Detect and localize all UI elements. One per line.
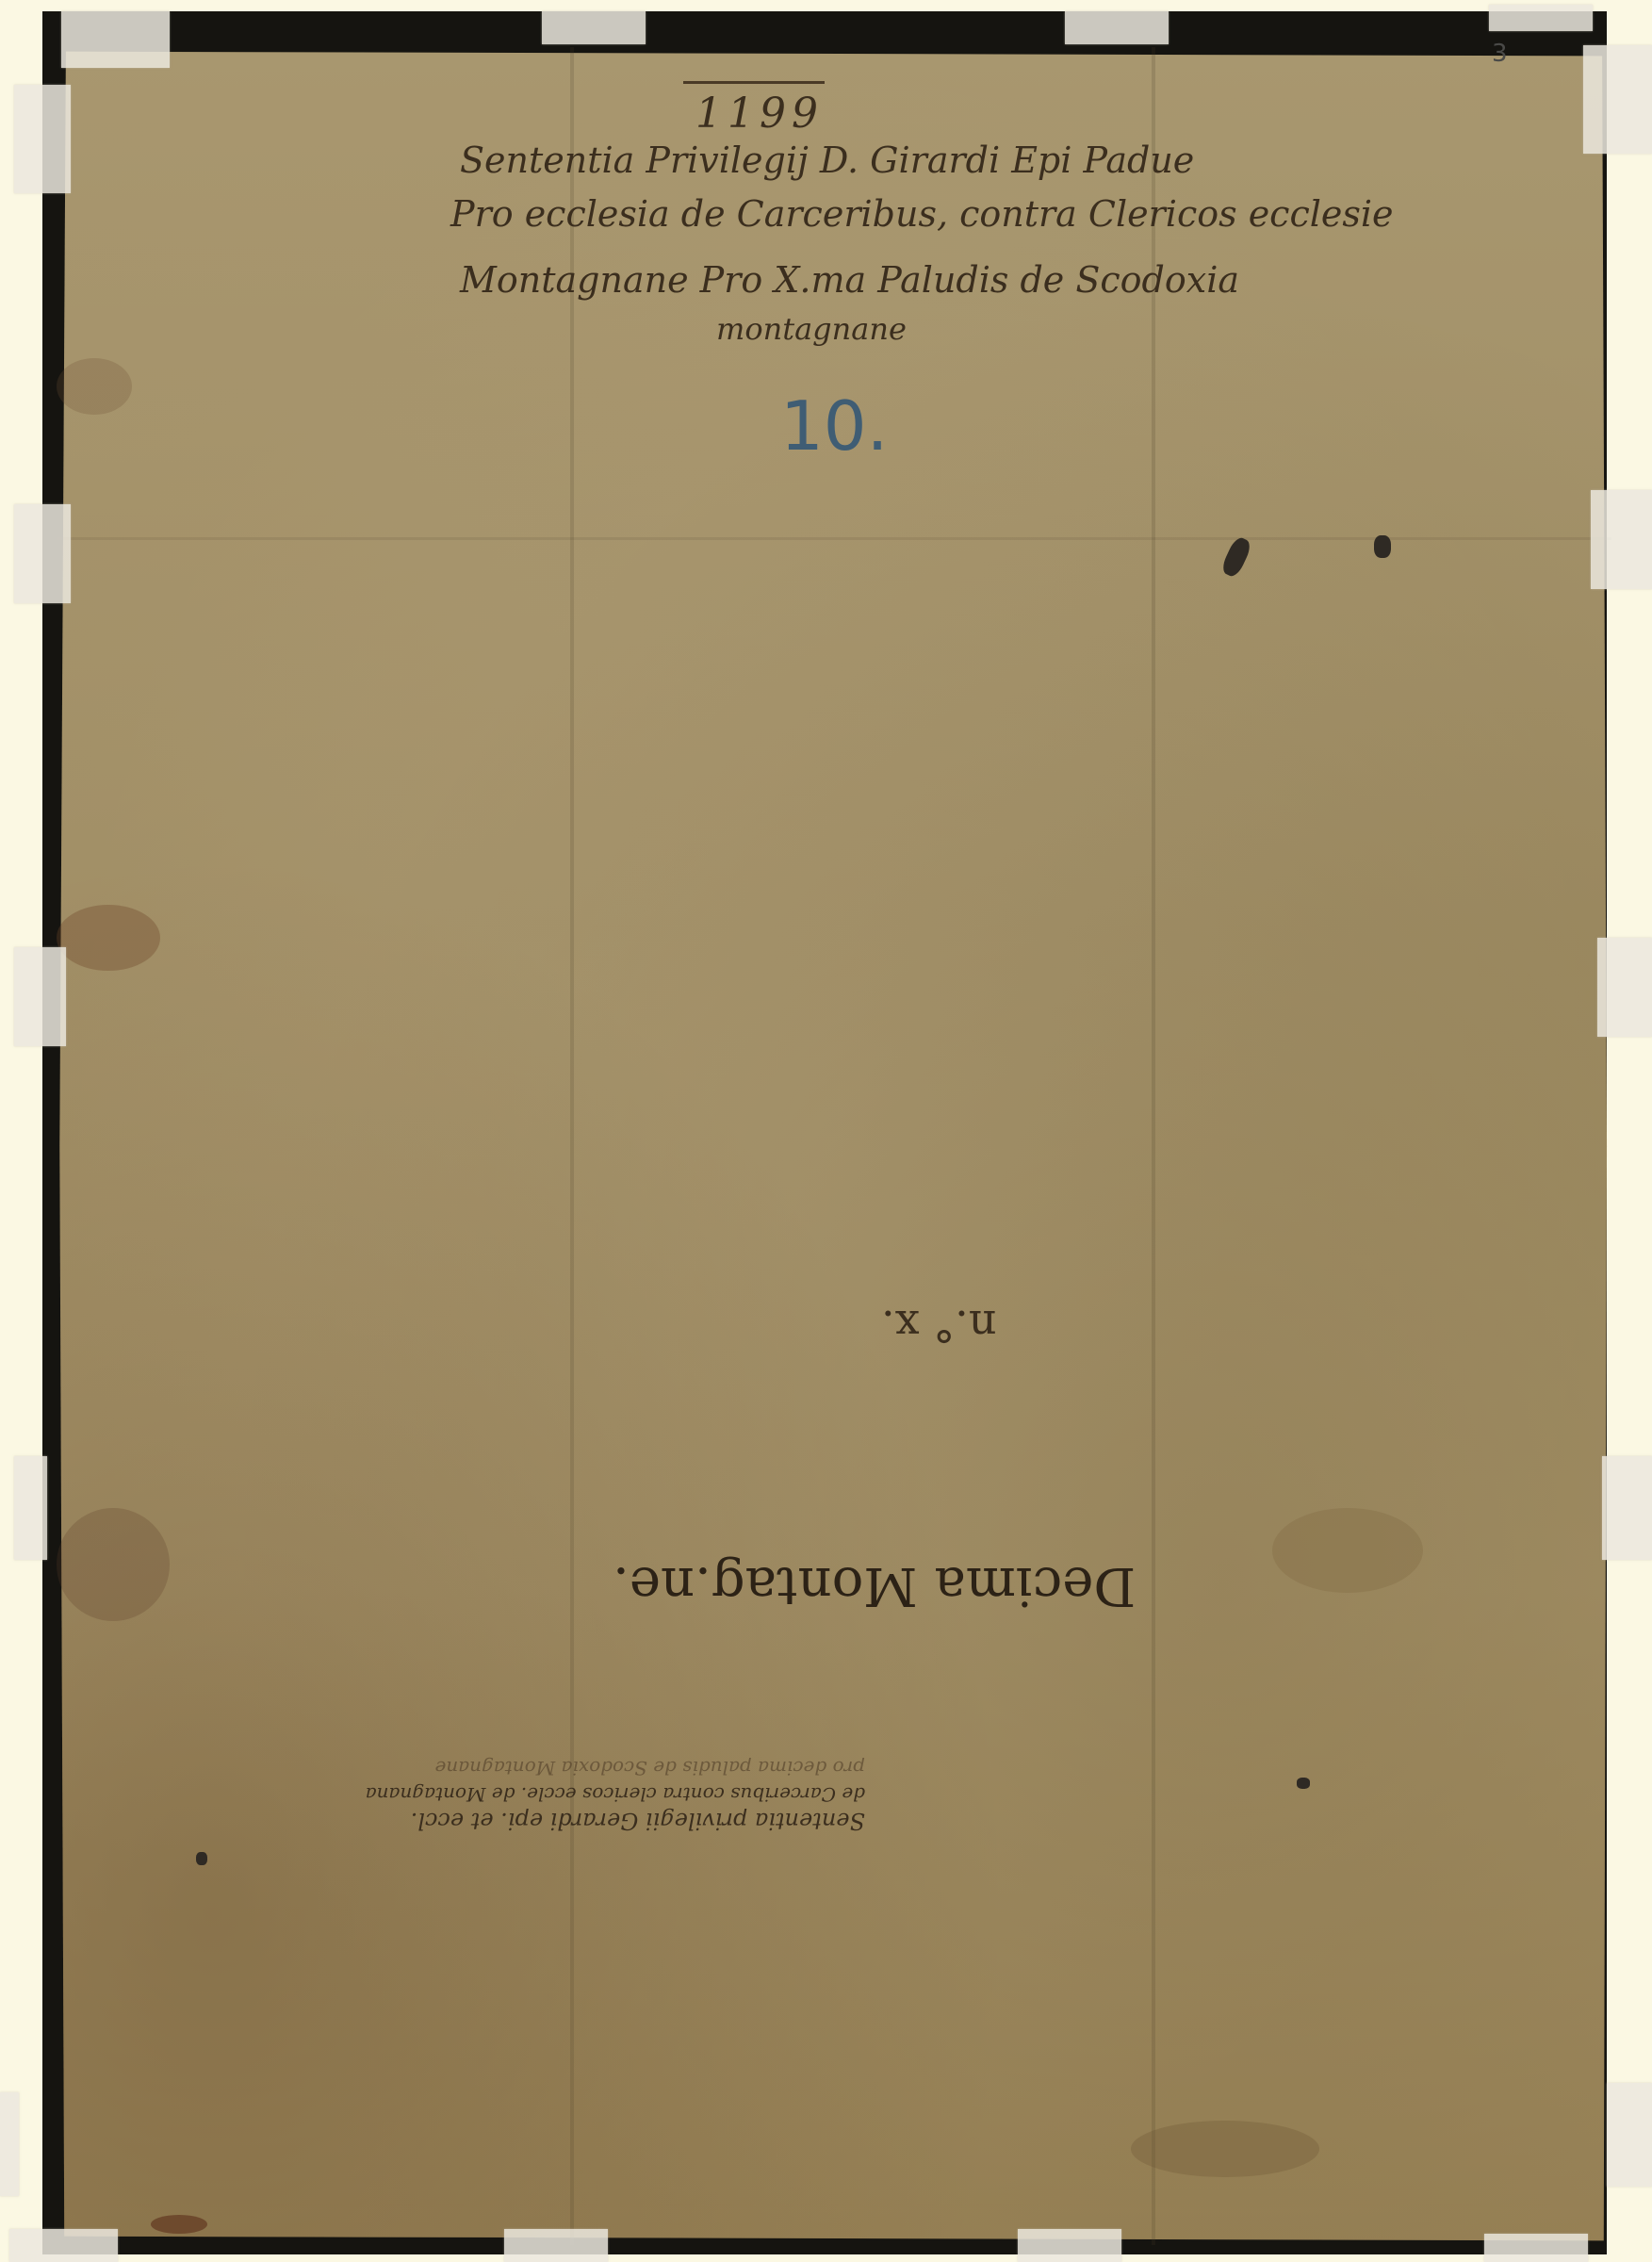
tape-strip xyxy=(1489,5,1593,31)
header-line-4: montagnane xyxy=(716,311,907,347)
header-line-2: Pro ecclesia de Carceribus, contra Cleri… xyxy=(450,193,1394,235)
tape-strip xyxy=(542,11,646,44)
vertical-fold-line xyxy=(1152,47,1155,2245)
tape-strip xyxy=(1065,11,1169,44)
tape-strip xyxy=(1607,2083,1652,2187)
tape-strip xyxy=(1583,45,1652,154)
small-note-line-3: pro decima paludis de Scodoxia Montagnan… xyxy=(450,1755,865,1781)
stain xyxy=(1272,1508,1423,1593)
parchment-sheet xyxy=(57,47,1611,2245)
tape-strip xyxy=(14,947,66,1046)
inverted-title-annotation: Decima Montag.ne. xyxy=(613,1555,1136,1616)
header-line-1: Sententia Privilegij D. Girardi Epi Padu… xyxy=(460,139,1194,181)
tape-strip xyxy=(0,2092,19,2196)
ink-blot xyxy=(196,1852,207,1865)
tape-strip xyxy=(1602,1456,1652,1560)
tape-strip xyxy=(61,11,170,68)
tape-strip xyxy=(14,85,71,193)
tape-strip xyxy=(14,1456,47,1560)
header-line-3: Montagnane Pro X.ma Paludis de Scodoxia xyxy=(460,259,1239,301)
small-note-line-1: Sententia privilegii Gerardi epi. et ecc… xyxy=(450,1808,865,1834)
stain xyxy=(57,905,160,971)
stain xyxy=(151,2215,207,2234)
stain xyxy=(1131,2121,1319,2177)
tape-strip xyxy=(1484,2234,1588,2262)
tape-strip xyxy=(1591,490,1652,589)
tape-strip xyxy=(504,2229,608,2262)
tape-strip xyxy=(14,504,71,603)
small-note-line-2: de Carceribus contra clericos eccle. de … xyxy=(450,1781,865,1808)
document-year: 1199 xyxy=(695,90,824,138)
tape-strip xyxy=(9,2229,118,2262)
ink-blot xyxy=(1297,1778,1310,1789)
inverted-small-note: Sententia privilegii Gerardi epi. et ecc… xyxy=(450,1755,865,1834)
ink-blot xyxy=(1374,535,1391,558)
inverted-number-annotation: n.° x. xyxy=(881,1301,996,1352)
vertical-fold-line xyxy=(570,47,574,2245)
corner-page-number: 3 xyxy=(1492,40,1508,68)
stain xyxy=(57,358,132,415)
blue-pencil-number: 10. xyxy=(780,386,889,466)
tape-strip xyxy=(1597,938,1652,1037)
tape-strip xyxy=(1018,2229,1121,2262)
stain xyxy=(57,1508,170,1621)
year-overline xyxy=(683,81,825,84)
